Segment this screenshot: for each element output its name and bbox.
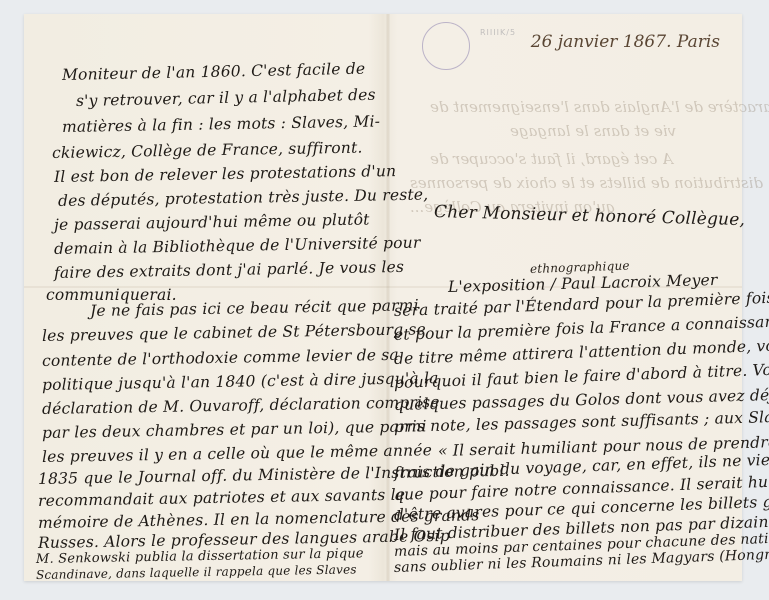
text-line: s'y retrouver, car il y a l'alphabet des [76,86,376,110]
bleed-through-text: caractère de l'Anglais dans l'enseigneme… [430,98,769,116]
text-line: politique jusqu'à l'an 1840 (c'est à dir… [42,369,439,394]
archive-stamp-text: RIIIIK/5 [480,28,516,37]
text-line: demain à la Bibliothèque de l'Université… [54,234,421,258]
text-line: les preuves que le cabinet de St Pétersb… [42,320,426,345]
place-text: Paris [677,32,720,52]
bleed-through-text: A cet égard, il faut s'occuper de [430,150,673,168]
date-text: 26 janvier 1867 [531,32,666,52]
letter-date: 26 janvier 1867. Paris [531,32,720,52]
text-line: Il est bon de relever les protestations … [54,162,397,186]
salutation: Cher Monsieur et honoré Collègue, [434,202,746,230]
left-page: Moniteur de l'an 1860. C'est facile de s… [24,14,386,581]
text-line: déclaration de M. Ouvaroff, déclaration … [42,393,440,418]
text-line: recommandait aux patriotes et aux savant… [38,486,405,510]
text-line: par les deux chambres et par un loi), qu… [42,417,427,442]
archive-stamp-icon [422,22,470,70]
letter-sheet: Moniteur de l'an 1860. C'est facile de s… [24,14,742,581]
text-line: contente de l'orthodoxie comme levier de… [42,346,399,370]
bleed-through-text: vie et dans le langage [510,122,676,140]
text-line: des députés, protestation très juste. Du… [58,186,429,210]
text-line: Moniteur de l'an 1860. C'est facile de [62,60,366,84]
text-line: ckiewicz, Collège de France, suffiront. [52,139,363,162]
bleed-through-text: distribution de billets et le choix de p… [410,174,763,192]
text-line: faire des extraits dont j'ai parlé. Je v… [54,258,404,282]
text-line: les preuves il y en a celle où que le mê… [42,441,432,466]
text-line: matières à la fin : les mots : Slaves, M… [62,112,380,136]
right-page: RIIIIK/5 26 janvier 1867. Paris caractèr… [390,14,742,581]
text-line: je passerai aujourd'hui même ou plutôt [54,210,370,234]
